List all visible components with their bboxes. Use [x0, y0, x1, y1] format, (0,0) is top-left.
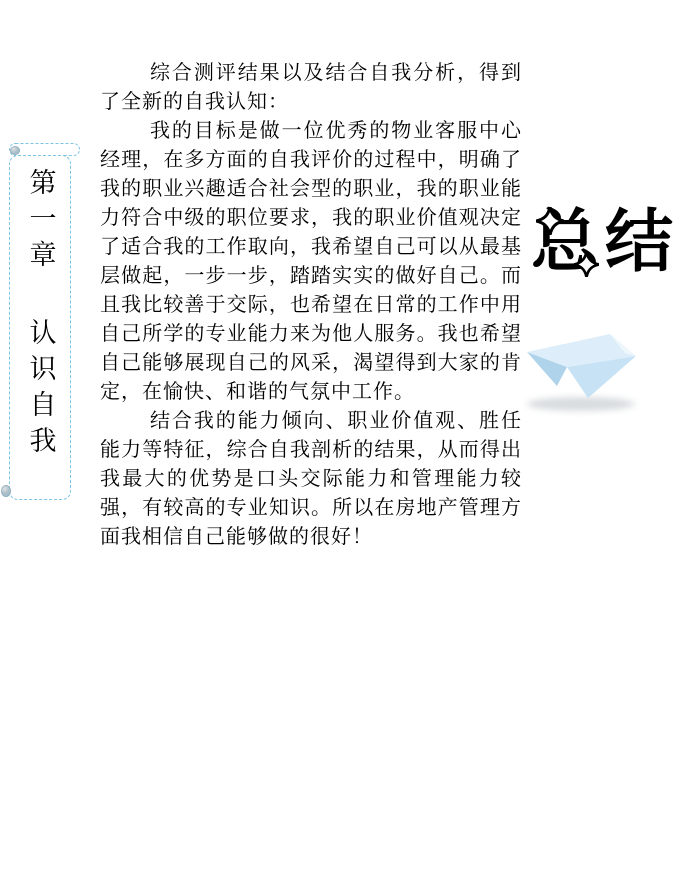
- pin-icon: [10, 146, 20, 155]
- paper-plane-icon: [521, 326, 647, 420]
- sparkle-star-icon: [536, 207, 564, 235]
- body-text: 综合测评结果以及结合自我分析，得到了全新的自我认知：我的目标是做一位优秀的物业客…: [100, 58, 522, 551]
- sparkle-star-icon: [574, 252, 599, 277]
- chapter-number: 第一章: [27, 168, 54, 276]
- body-paragraph: 结合我的能力倾向、职业价值观、胜任能力等特征，综合自我剖析的结果，从而得出我最大…: [100, 406, 522, 551]
- pin-icon: [1, 485, 11, 497]
- body-paragraph: 我的目标是做一位优秀的物业客服中心经理，在多方面的自我评价的过程中，明确了我的职…: [100, 116, 522, 406]
- chapter-banner: 第一章 认识自我: [0, 140, 95, 520]
- body-paragraph: 综合测评结果以及结合自我分析，得到了全新的自我认知：: [100, 58, 522, 116]
- banner-dashed-box: 第一章 认识自我: [9, 155, 71, 500]
- document-page: { "chapter_banner": { "line1": "第一章", "l…: [0, 0, 675, 875]
- chapter-title: 认识自我: [27, 318, 54, 462]
